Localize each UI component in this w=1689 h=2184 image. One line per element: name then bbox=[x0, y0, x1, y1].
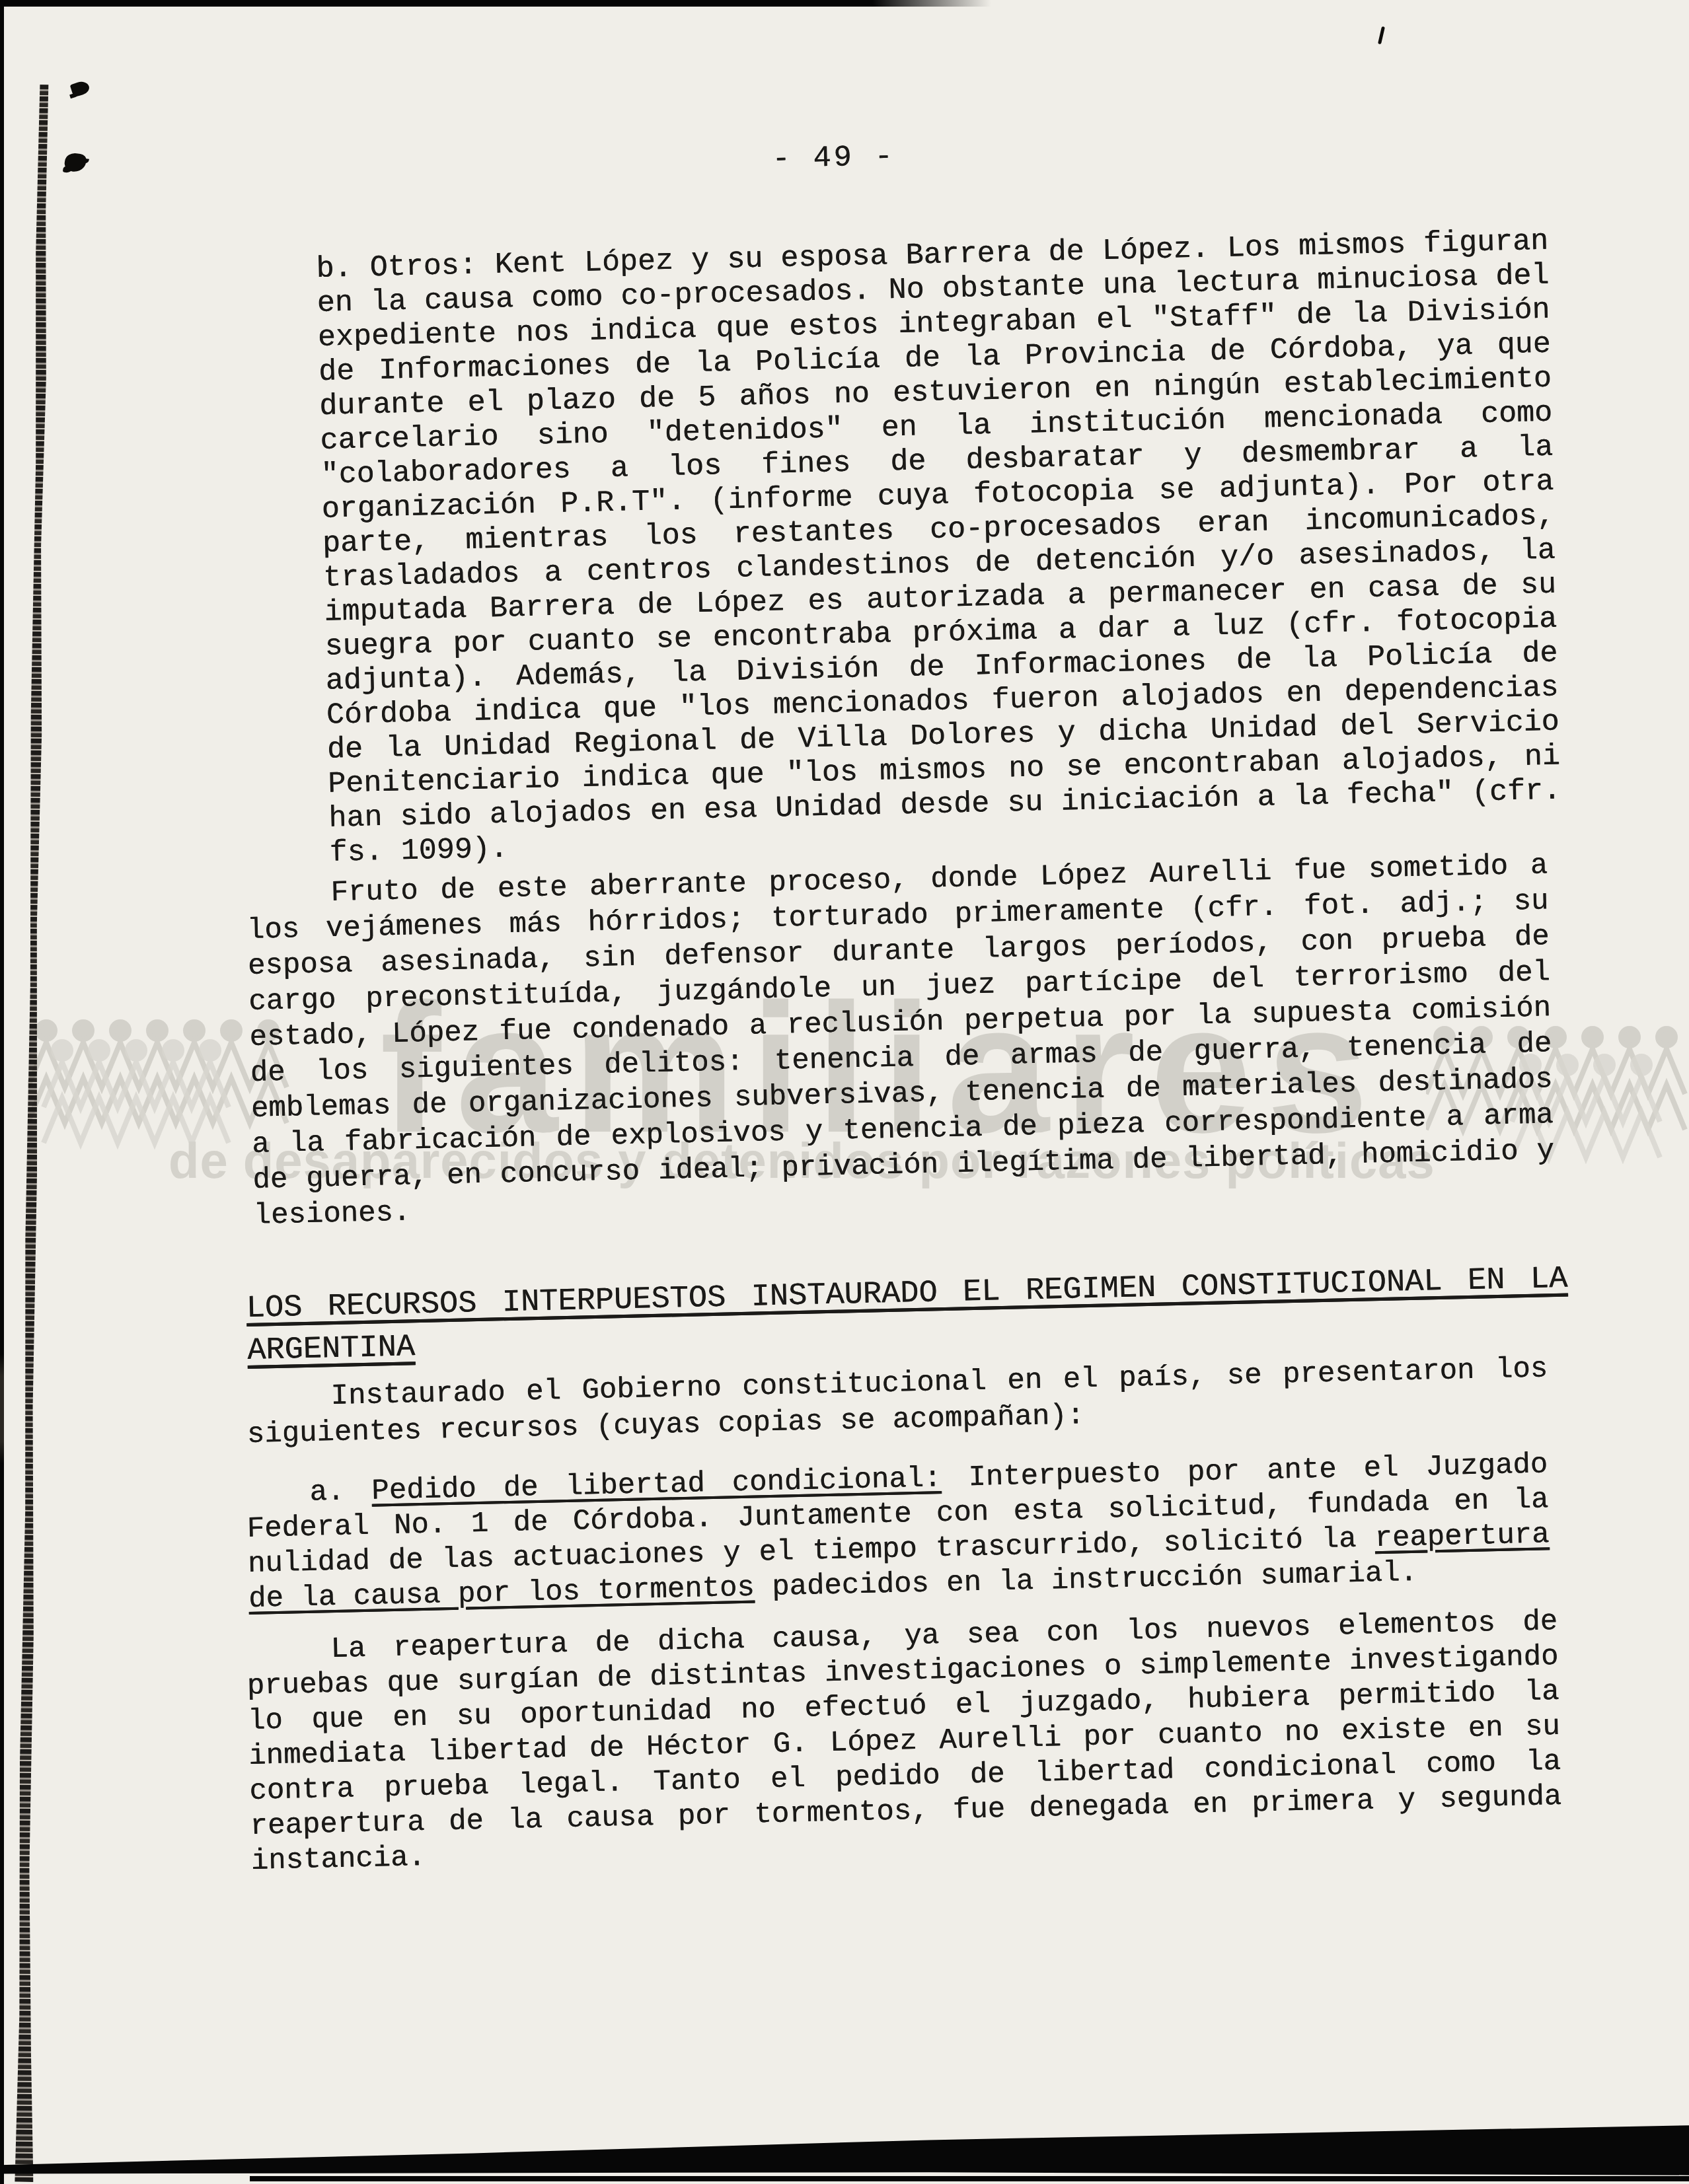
text-segment: a. bbox=[309, 1475, 372, 1510]
paragraph-pedido-libertad: a. Pedido de libertad condicional: Inter… bbox=[246, 1447, 1550, 1617]
ink-speck bbox=[1378, 26, 1385, 44]
scan-edge-top bbox=[0, 0, 991, 7]
page-number: - 49 - bbox=[772, 140, 895, 176]
paragraph-fruto-proceso: Fruto de este aberrante proceso, donde L… bbox=[246, 848, 1556, 1234]
scan-edge-left bbox=[0, 0, 4, 2184]
paragraph-reapertura-causa: La reapertura de dicha causa, ya sea con… bbox=[246, 1605, 1563, 1879]
scan-edge-bottom-line bbox=[250, 2176, 1689, 2181]
ink-speck bbox=[70, 79, 91, 97]
scan-edge-bottom-wedge bbox=[0, 2111, 1689, 2184]
paragraph-otros-coprocesados: b. Otros: Kent López y su esposa Barrera… bbox=[316, 225, 1562, 871]
ink-speck bbox=[63, 152, 87, 173]
